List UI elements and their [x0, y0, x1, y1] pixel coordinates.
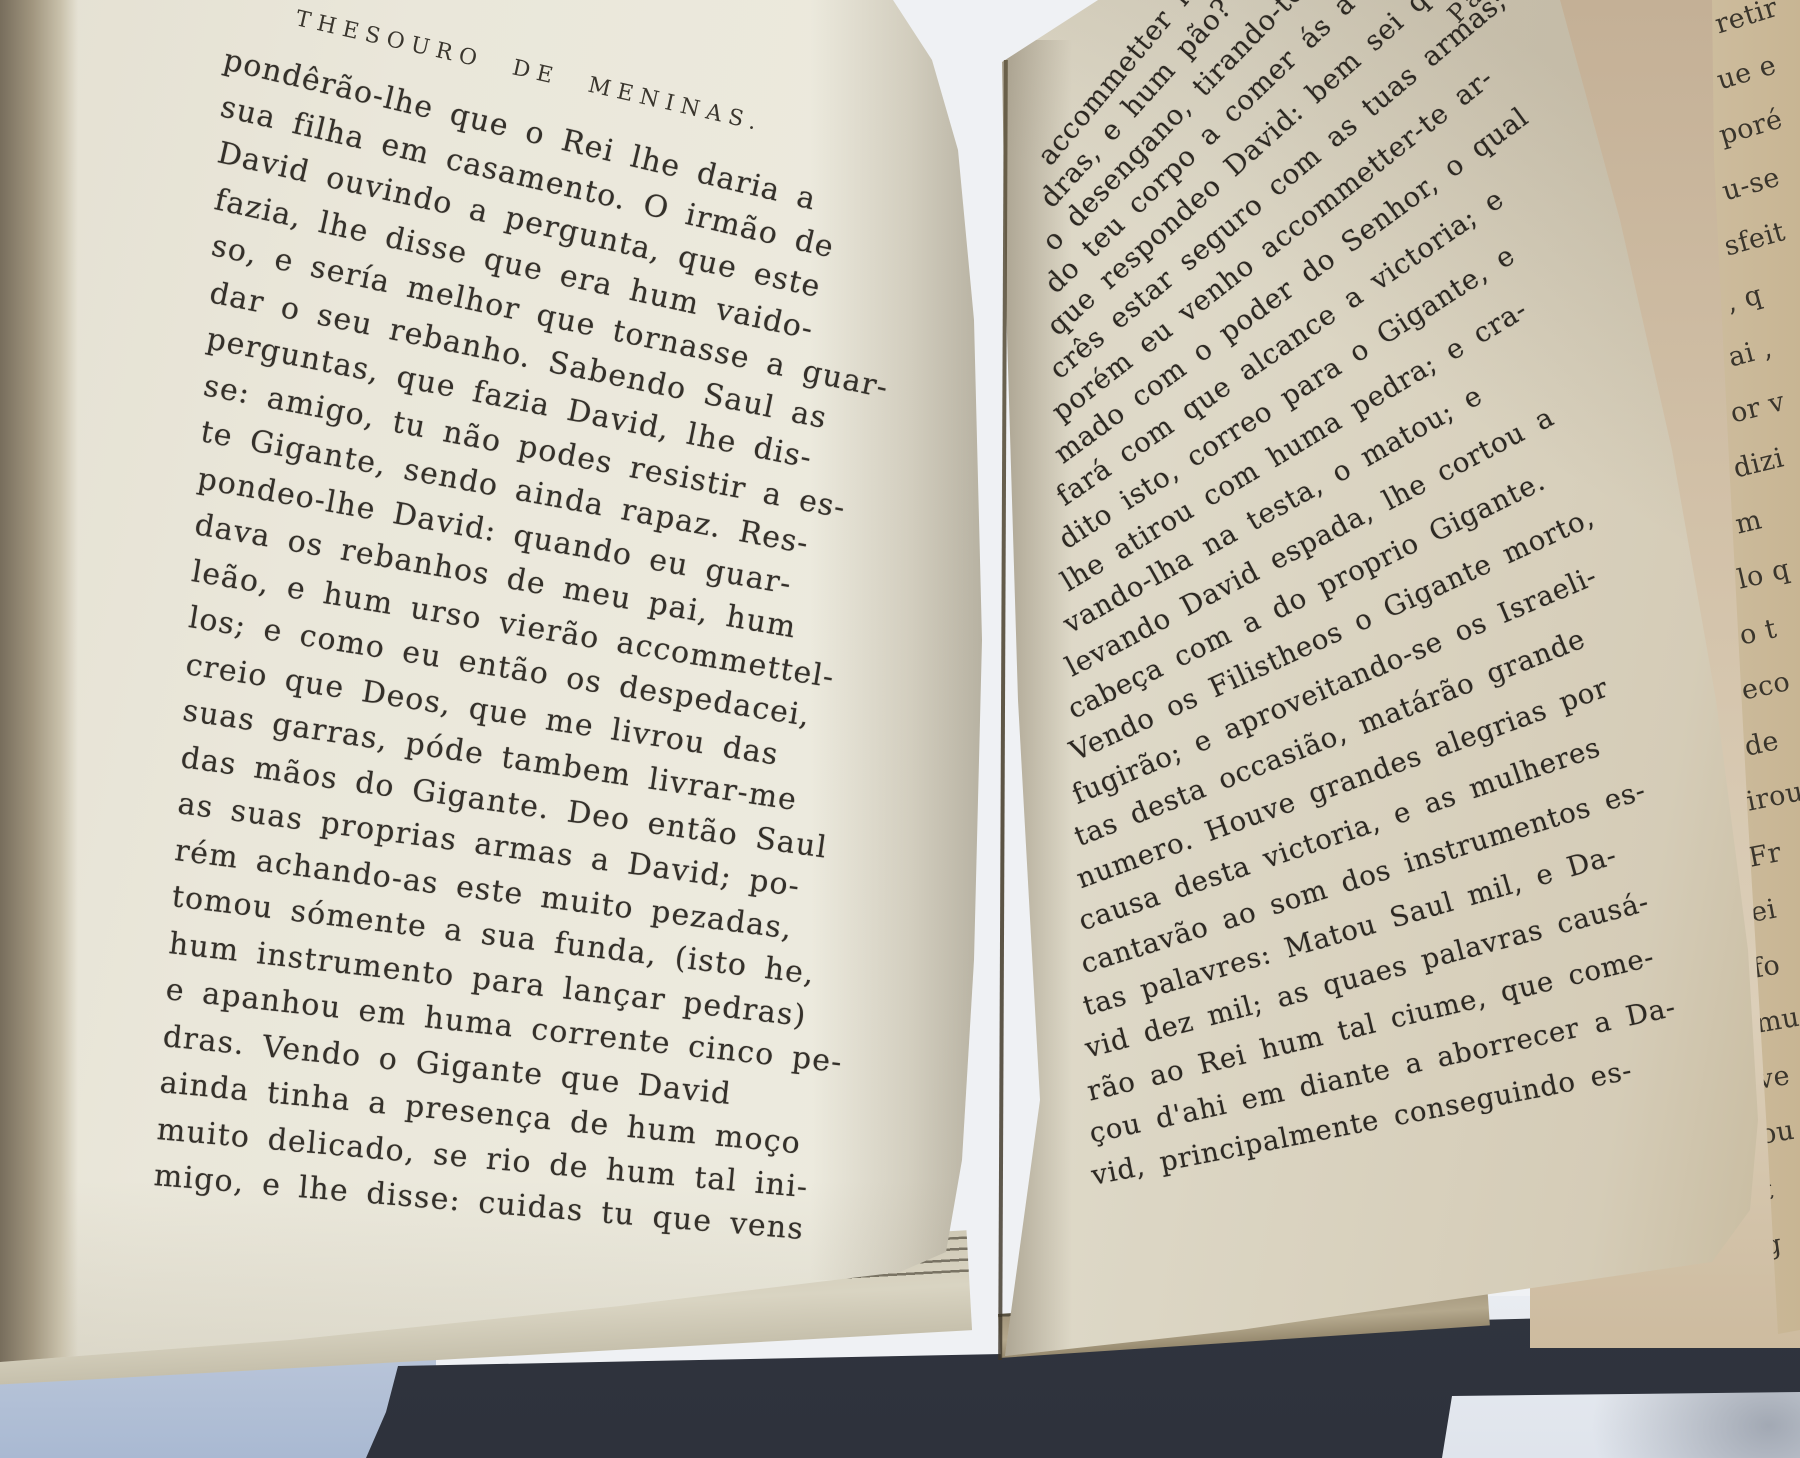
text-line: ai ,: [1726, 334, 1775, 371]
text-line: , q: [1724, 281, 1766, 316]
text-line: m: [1733, 506, 1765, 538]
gutter-line: [998, 60, 1008, 1360]
text-line: irou: [1744, 778, 1800, 816]
text-line: dizi: [1730, 444, 1786, 482]
book-photo: retirue eporéu-sesfeit, qai ,or vdizimlo…: [0, 0, 1800, 1458]
text-line: or v: [1728, 387, 1788, 427]
text-line: lo q: [1735, 555, 1792, 593]
text-line: sfeit: [1721, 218, 1788, 260]
text-line: de: [1742, 727, 1781, 760]
text-line: retir: [1712, 0, 1781, 38]
left-page-curve-shadow: [810, 0, 990, 1280]
text-line: u-se: [1719, 163, 1783, 205]
text-line: eco: [1740, 668, 1793, 705]
text-line: Fr: [1746, 839, 1783, 872]
text-line: ue e: [1714, 51, 1779, 94]
text-line: o t: [1737, 615, 1779, 649]
left-page-deckle-edge: [0, 0, 78, 1400]
text-line: poré: [1717, 106, 1786, 150]
